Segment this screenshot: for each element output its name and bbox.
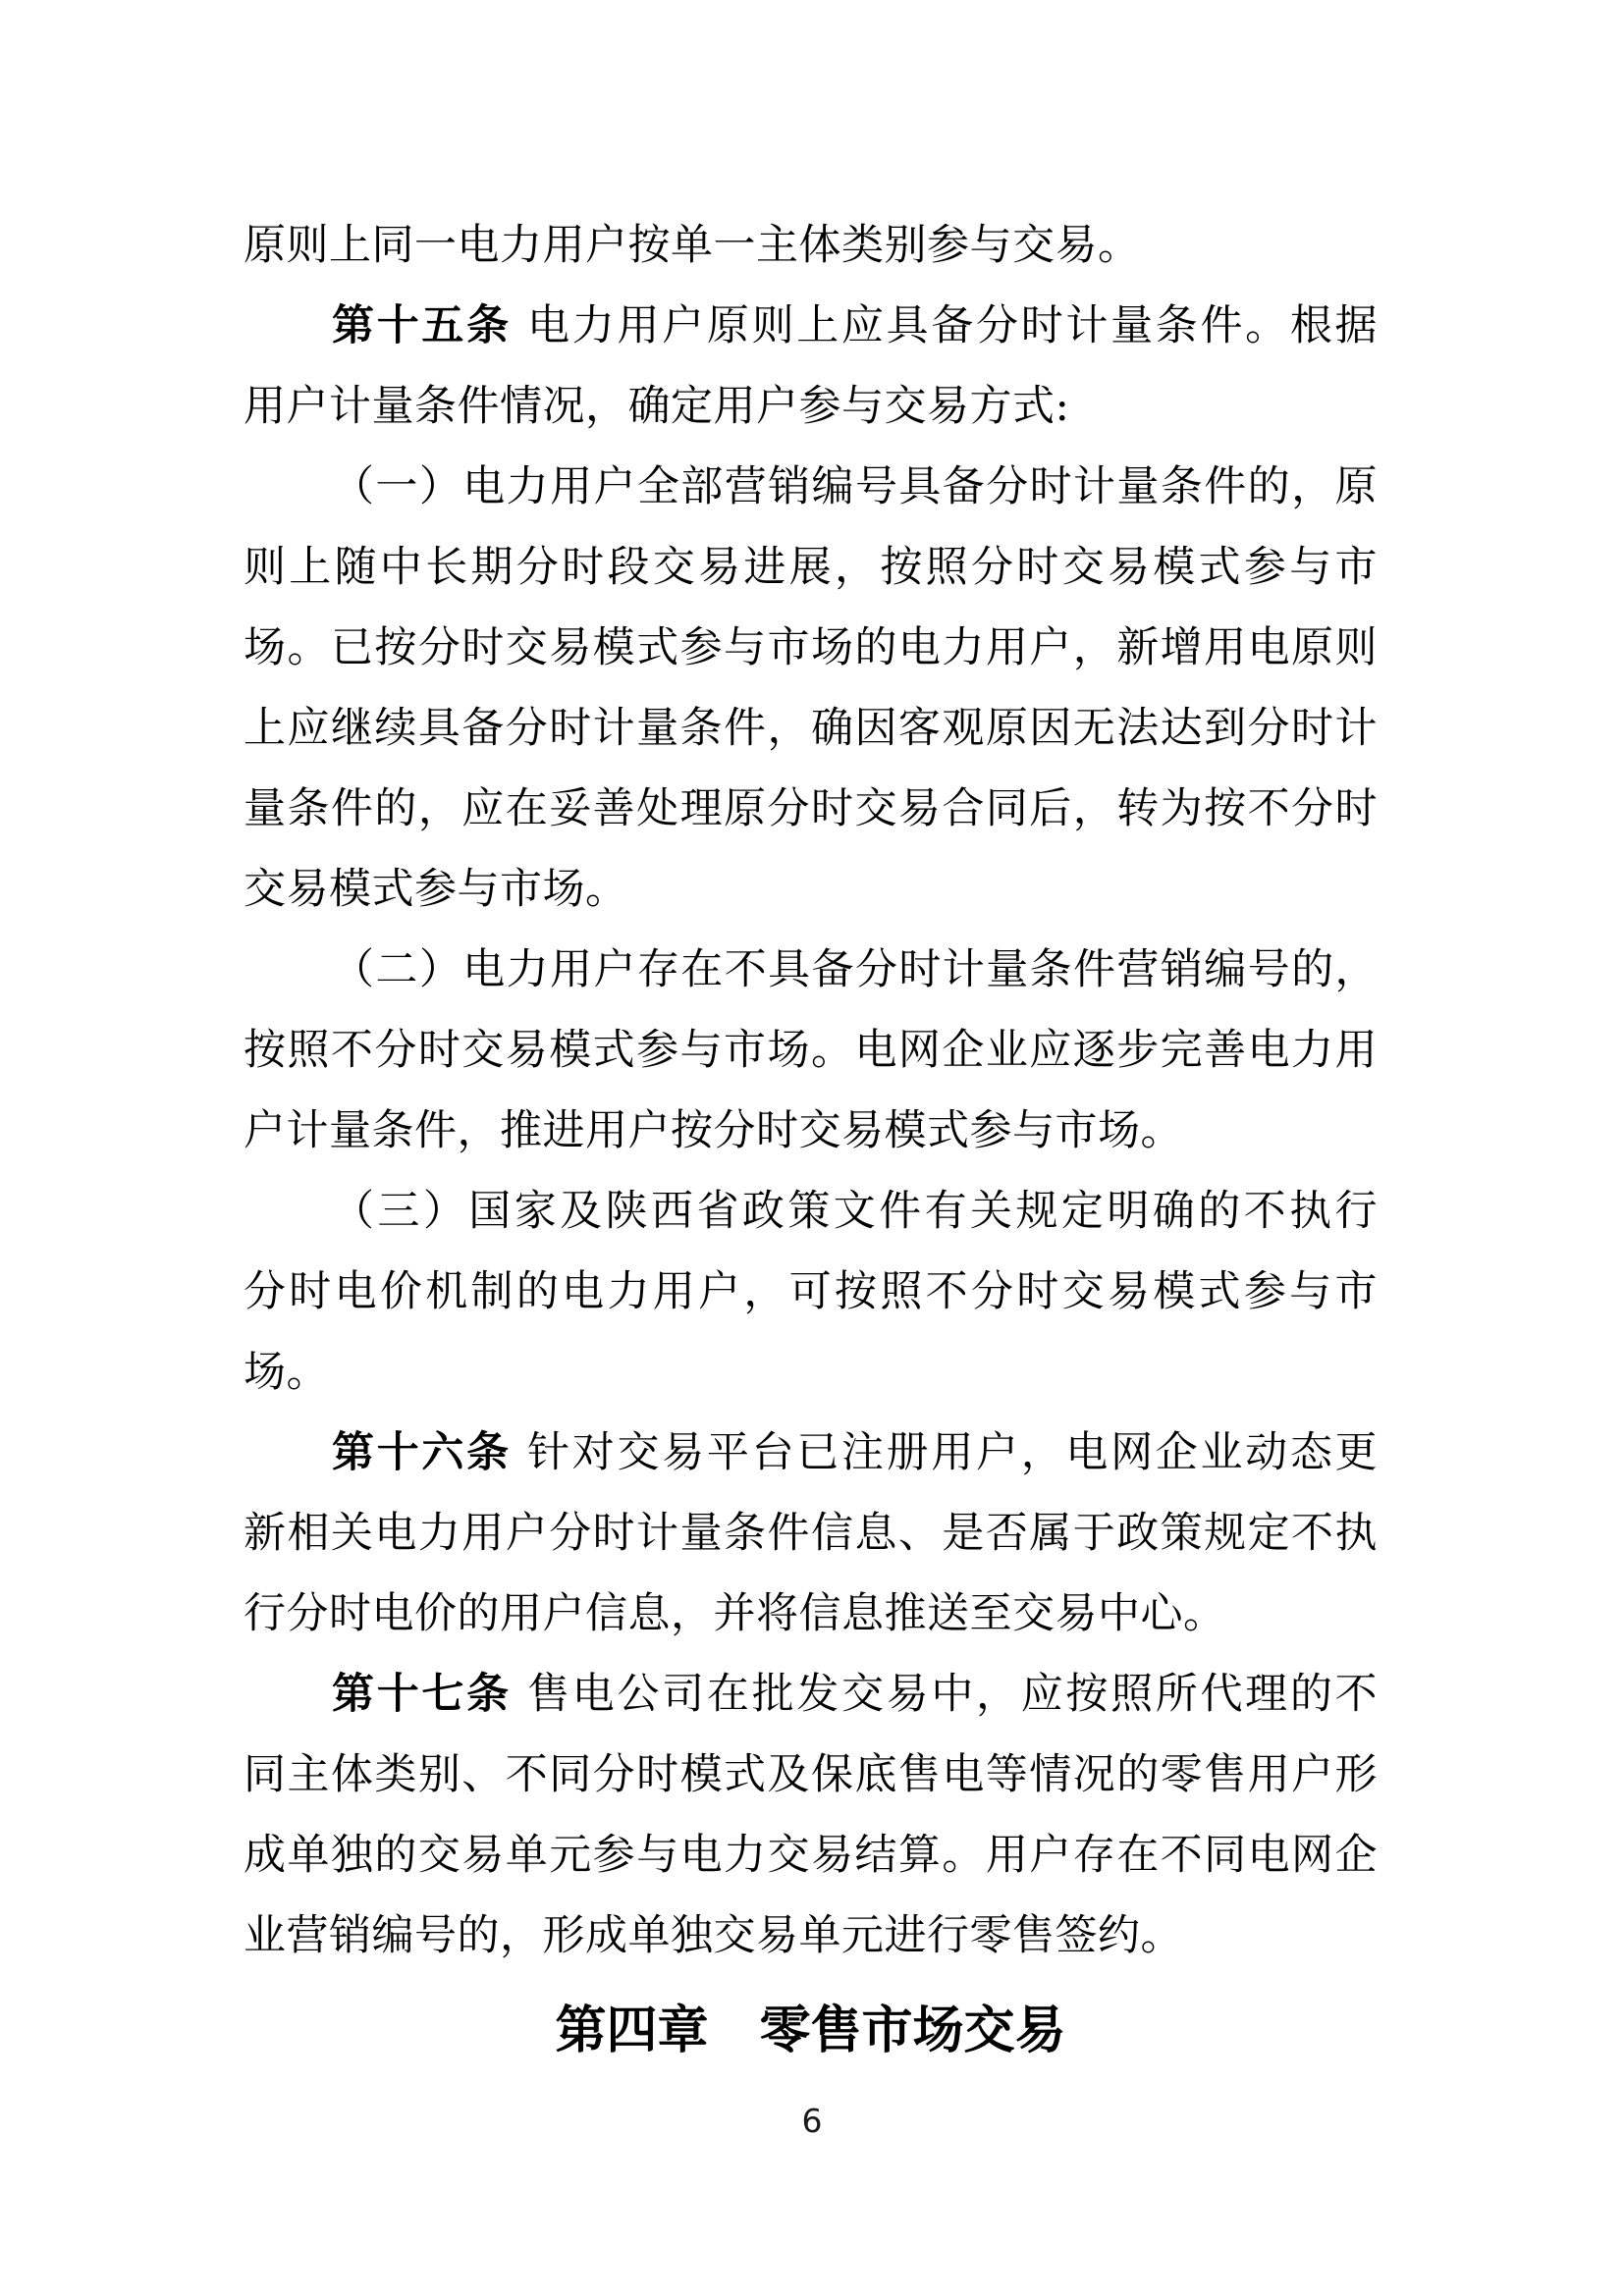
text-line: 原则上同一电力用户按单一主体类别参与交易。 [244, 205, 1378, 286]
text-line: 业营销编号的，形成单独交易单元进行零售签约。 [244, 1896, 1378, 1976]
text-line: 交易模式参与市场。 [244, 849, 1378, 930]
text-line: 第十六条 针对交易平台已注册用户，电网企业动态更 [244, 1413, 1378, 1493]
text-line: （三）国家及陕西省政策文件有关规定明确的不执行 [244, 1171, 1378, 1252]
text-line: 户计量条件，推进用户按分时交易模式参与市场。 [244, 1091, 1378, 1171]
text-line: 分时电价机制的电力用户，可按照不分时交易模式参与市 [244, 1252, 1378, 1332]
text-line: （二）电力用户存在不具备分时计量条件营销编号的， [244, 930, 1378, 1010]
text-line: 按照不分时交易模式参与市场。电网企业应逐步完善电力用 [244, 1010, 1378, 1091]
text-run: 售电公司在批发交易中，应按照所代理的不 [512, 1670, 1378, 1719]
chapter-heading: 第四章 零售市场交易 [244, 1991, 1378, 2071]
text-line: 则上随中长期分时段交易进展，按照分时交易模式参与市 [244, 527, 1378, 608]
text-line: 第十七条 售电公司在批发交易中，应按照所代理的不 [244, 1654, 1378, 1735]
text-line: 成单独的交易单元参与电力交易结算。用户存在不同电网企 [244, 1815, 1378, 1896]
text-run: 电力用户原则上应具备分时计量条件。根据 [512, 301, 1378, 350]
text-line: 场。已按分时交易模式参与市场的电力用户，新增用电原则 [244, 608, 1378, 688]
text-line: 行分时电价的用户信息，并将信息推送至交易中心。 [244, 1574, 1378, 1654]
page-number: 6 [0, 2102, 1624, 2141]
text-line: 上应继续具备分时计量条件，确因客观原因无法达到分时计 [244, 688, 1378, 769]
article-number: 第十五条 [332, 301, 512, 350]
article-number: 第十六条 [332, 1428, 512, 1477]
document-page: 原则上同一电力用户按单一主体类别参与交易。 第十五条 电力用户原则上应具备分时计… [0, 0, 1624, 2296]
text-line: 同主体类别、不同分时模式及保底售电等情况的零售用户形 [244, 1735, 1378, 1815]
text-line: （一）电力用户全部营销编号具备分时计量条件的，原 [244, 447, 1378, 527]
text-line: 新相关电力用户分时计量条件信息、是否属于政策规定不执 [244, 1493, 1378, 1574]
text-line: 第十五条 电力用户原则上应具备分时计量条件。根据 [244, 286, 1378, 366]
text-run: 针对交易平台已注册用户，电网企业动态更 [512, 1428, 1378, 1477]
text-line: 场。 [244, 1332, 1378, 1413]
document-body: 原则上同一电力用户按单一主体类别参与交易。 第十五条 电力用户原则上应具备分时计… [244, 205, 1378, 2071]
article-number: 第十七条 [332, 1670, 512, 1719]
text-line: 量条件的，应在妥善处理原分时交易合同后，转为按不分时 [244, 769, 1378, 849]
text-line: 用户计量条件情况，确定用户参与交易方式: [244, 366, 1378, 447]
